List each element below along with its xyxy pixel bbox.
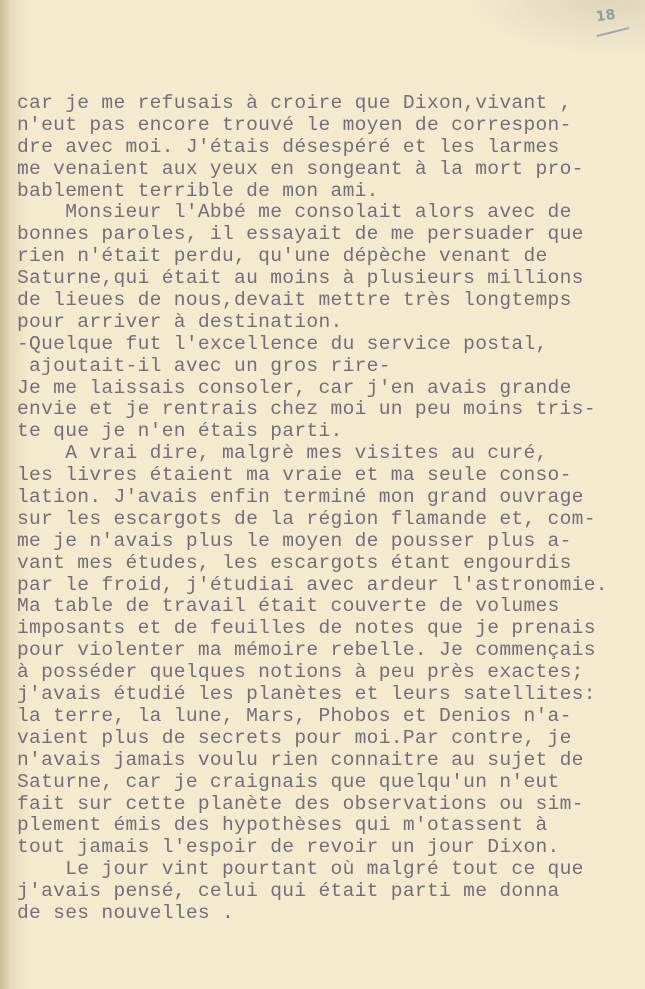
page-number: 18	[595, 7, 617, 26]
text-line: Monsieur l'Abbé me consolait alors avec …	[17, 202, 642, 224]
text-line: ajoutait-il avec un gros rire-	[17, 356, 642, 378]
text-line: Ma table de travail était couverte de vo…	[17, 596, 642, 618]
text-line: Saturne, car je craignais que quelqu'un …	[17, 772, 642, 794]
typescript-body: car je me refusais à croire que Dixon,vi…	[17, 93, 642, 925]
text-line: bonnes paroles, il essayait de me persua…	[17, 224, 642, 246]
text-line: Saturne,qui était au moins à plusieurs m…	[17, 268, 642, 290]
text-line: la terre, la lune, Mars, Phobos et Denio…	[17, 706, 642, 728]
text-line: par le froid, j'étudiai avec ardeur l'as…	[17, 575, 642, 597]
text-line: vant mes études, les escargots étant eng…	[17, 553, 642, 575]
text-line: pour arriver à destination.	[17, 312, 642, 334]
text-line: bablement terrible de mon ami.	[17, 181, 642, 203]
page-number-underline	[596, 27, 629, 37]
text-line: me venaient aux yeux en songeant à la mo…	[17, 159, 642, 181]
text-line: Le jour vint pourtant où malgré tout ce …	[17, 859, 642, 881]
text-line: A vrai dire, malgrè mes visites au curé,	[17, 443, 642, 465]
text-line: Je me laissais consoler, car j'en avais …	[17, 378, 642, 400]
text-line: car je me refusais à croire que Dixon,vi…	[17, 93, 642, 115]
text-line: sur les escargots de la région flamande …	[17, 509, 642, 531]
text-line: à posséder quelques notions à peu près e…	[17, 662, 642, 684]
text-line: tout jamais l'espoir de revoir un jour D…	[17, 837, 642, 859]
text-line: me je n'avais plus le moyen de pousser p…	[17, 531, 642, 553]
text-line: les livres étaient ma vraie et ma seule …	[17, 465, 642, 487]
text-line: j'avais pensé, celui qui était parti me …	[17, 881, 642, 903]
text-line: dre avec moi. J'étais désespéré et les l…	[17, 137, 642, 159]
text-line: -Quelque fut l'excellence du service pos…	[17, 334, 642, 356]
text-line: envie et je rentrais chez moi un peu moi…	[17, 399, 642, 421]
text-line: j'avais étudié les planètes et leurs sat…	[17, 684, 642, 706]
text-line: de ses nouvelles .	[17, 903, 642, 925]
text-line: de lieues de nous,devait mettre très lon…	[17, 290, 642, 312]
text-line: n'eut pas encore trouvé le moyen de corr…	[17, 115, 642, 137]
text-line: lation. J'avais enfin terminé mon grand …	[17, 487, 642, 509]
text-line: imposants et de feuilles de notes que je…	[17, 618, 642, 640]
text-line: vaient plus de secrets pour moi.Par cont…	[17, 728, 642, 750]
text-line: plement émis des hypothèses qui m'otasse…	[17, 815, 642, 837]
text-line: te que je n'en étais parti.	[17, 421, 642, 443]
text-line: rien n'était perdu, qu'une dépèche venan…	[17, 246, 642, 268]
text-line: fait sur cette planète des observations …	[17, 794, 642, 816]
text-line: n'avais jamais voulu rien connaitre au s…	[17, 750, 642, 772]
text-line: pour violenter ma mémoire rebelle. Je co…	[17, 640, 642, 662]
